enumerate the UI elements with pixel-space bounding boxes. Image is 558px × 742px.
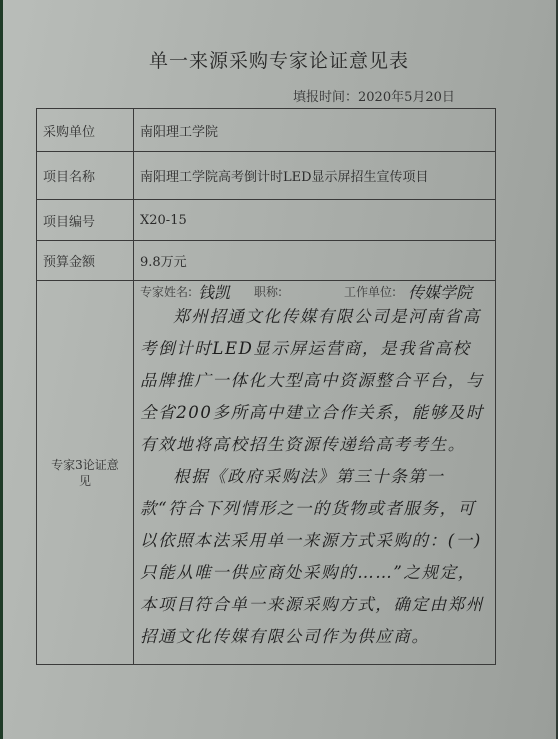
expert-name-label: 专家姓名: <box>140 283 192 300</box>
expert-title-label: 职称: <box>254 283 282 300</box>
opinion-paragraph-2: 根据《政府采购法》第三十条第一款“符合下列情形之一的货物或者服务，可以依照本法采… <box>140 461 485 653</box>
opinion-form-table: 采购单位 南阳理工学院 项目名称 南阳理工学院高考倒计时LED显示屏招生宣传项目… <box>36 108 496 665</box>
fill-date-value: 2020年5月20日 <box>358 90 455 105</box>
purchasing-unit-value: 南阳理工学院 <box>140 109 491 151</box>
budget-value: 9.8万元 <box>140 241 491 280</box>
handwritten-opinion: 郑州招通文化传媒有限公司是河南省高考倒计时LED显示屏运营商，是我省高校品牌推广… <box>140 301 485 653</box>
photo-left-edge <box>0 0 3 742</box>
project-number-label: 项目编号 <box>37 200 134 240</box>
budget-label: 预算金额 <box>37 241 134 280</box>
opinion-paragraph-1: 郑州招通文化传媒有限公司是河南省高考倒计时LED显示屏运营商，是我省高校品牌推广… <box>140 301 485 461</box>
project-name-label: 项目名称 <box>37 152 134 199</box>
document-title: 单一来源采购专家论证意见表 <box>0 46 558 73</box>
row-project-name: 项目名称 南阳理工学院高考倒计时LED显示屏招生宣传项目 <box>37 152 495 200</box>
expert-name-value: 钱凯 <box>198 280 230 303</box>
project-number-value: X20-15 <box>140 200 491 240</box>
row-purchasing-unit: 采购单位 南阳理工学院 <box>37 109 495 152</box>
fill-date: 填报时间：2020年5月20日 <box>293 86 455 105</box>
work-unit-value: 传媒学院 <box>408 280 472 303</box>
expert-info-line: 专家姓名: 钱凯 职称: 工作单位: 传媒学院 <box>136 283 491 301</box>
expert-opinion-label: 专家3论证意见 <box>37 281 134 664</box>
row-budget: 预算金额 9.8万元 <box>37 241 495 281</box>
project-name-value: 南阳理工学院高考倒计时LED显示屏招生宣传项目 <box>140 152 491 199</box>
row-expert-opinion: 专家3论证意见 专家姓名: 钱凯 职称: 工作单位: 传媒学院 郑州招通文化传媒… <box>37 281 495 664</box>
fill-date-label: 填报时间： <box>293 90 358 105</box>
expert-opinion-cell: 专家姓名: 钱凯 职称: 工作单位: 传媒学院 郑州招通文化传媒有限公司是河南省… <box>136 281 495 664</box>
purchasing-unit-label: 采购单位 <box>37 109 134 151</box>
work-unit-label: 工作单位: <box>344 283 396 300</box>
row-project-number: 项目编号 X20-15 <box>37 200 495 241</box>
